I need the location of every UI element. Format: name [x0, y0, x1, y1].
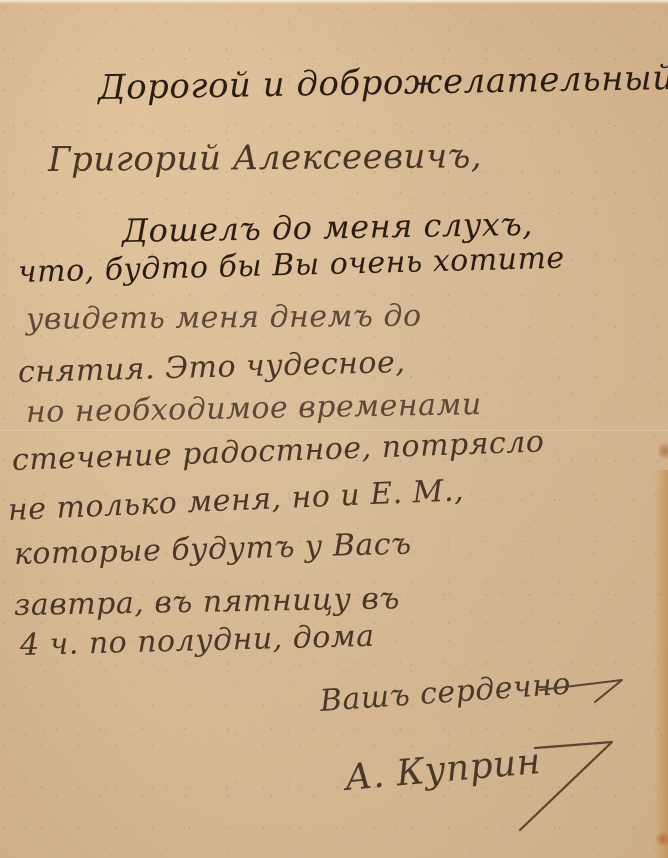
salutation-line-2: Григорий Алексеевичъ,	[48, 136, 482, 180]
closing-line: Вашъ сердечно	[319, 667, 572, 719]
body-line: завтра, въ пятницу въ	[14, 581, 400, 623]
signature-flourish	[0, 0, 668, 858]
body-line: увидеть меня днемъ до	[26, 299, 422, 337]
body-line: снятия. Это чудесное,	[18, 345, 406, 390]
body-line: стечение радостное, потрясло	[11, 424, 545, 478]
signature: А. Куприн	[343, 741, 542, 799]
body-line: не только меня, но и Е. М.,	[7, 473, 464, 528]
body-line: но необходимое временами	[26, 387, 482, 430]
body-line: что, будто бы Вы очень хотите	[18, 241, 566, 290]
letter-text: Дорогой и доброжелательный Григорий Алек…	[0, 0, 668, 858]
letter-paper: Дорогой и доброжелательный Григорий Алек…	[0, 0, 668, 858]
body-line: которые будутъ у Васъ	[14, 527, 412, 572]
body-line: 4 ч. по полудни, дома	[20, 619, 375, 663]
salutation-line-1: Дорогой и доброжелательный	[98, 58, 668, 108]
